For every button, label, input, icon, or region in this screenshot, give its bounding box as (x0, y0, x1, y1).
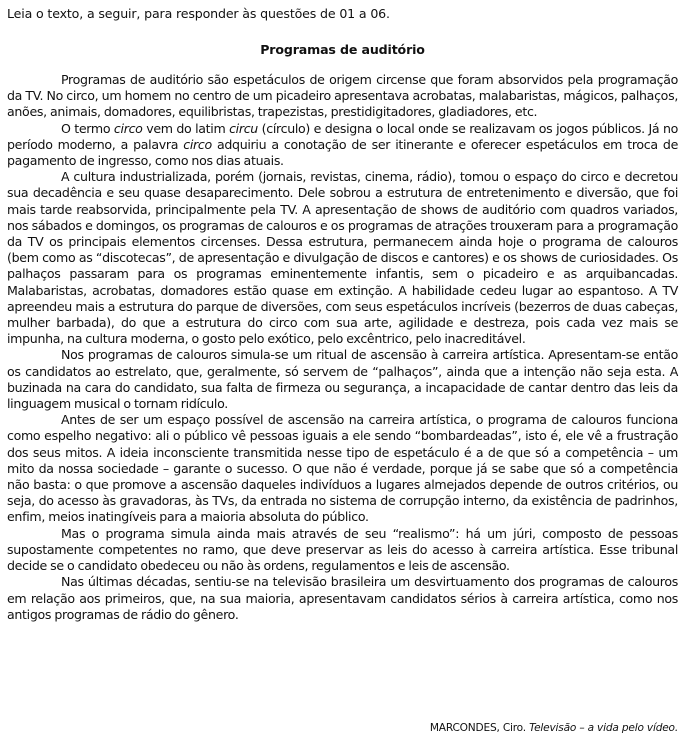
instructions-text: Leia o texto, a seguir, para responder à… (7, 6, 390, 22)
paragraph-text: Mas o programa simula ainda mais através… (7, 526, 678, 573)
source-author: MARCONDES, Ciro. (430, 722, 529, 734)
text-title: Programas de auditório (0, 42, 685, 58)
paragraph-text: vem do latim (143, 121, 230, 136)
paragraph-2: O termo circo vem do latim circu (círcul… (7, 121, 678, 170)
text-body: Programas de auditório são espetáculos d… (7, 72, 678, 623)
paragraph-1: Programas de auditório são espetáculos d… (7, 72, 678, 121)
paragraph-6: Mas o programa simula ainda mais através… (7, 526, 678, 575)
paragraph-7: Nas últimas décadas, sentiu-se na televi… (7, 574, 678, 623)
paragraph-text: Nas últimas décadas, sentiu-se na televi… (7, 574, 678, 621)
source-citation: MARCONDES, Ciro. Televisão – a vida pelo… (430, 721, 678, 735)
document-page: Leia o texto, a seguir, para responder à… (0, 0, 685, 746)
italic-term: circo (114, 121, 143, 136)
italic-term: circu (229, 121, 258, 136)
paragraph-text: O termo (61, 121, 114, 136)
paragraph-4: Nos programas de calouros simula-se um r… (7, 347, 678, 412)
paragraph-text: Programas de auditório são espetáculos d… (7, 72, 678, 119)
source-work: Televisão – a vida pelo vídeo. (529, 722, 678, 734)
paragraph-text: A cultura industrializada, porém (jornai… (7, 169, 678, 346)
italic-term: circo (183, 137, 212, 152)
paragraph-3: A cultura industrializada, porém (jornai… (7, 169, 678, 347)
paragraph-text: Nos programas de calouros simula-se um r… (7, 347, 678, 411)
paragraph-5: Antes de ser um espaço possível de ascen… (7, 412, 678, 525)
paragraph-text: Antes de ser um espaço possível de ascen… (7, 412, 678, 524)
